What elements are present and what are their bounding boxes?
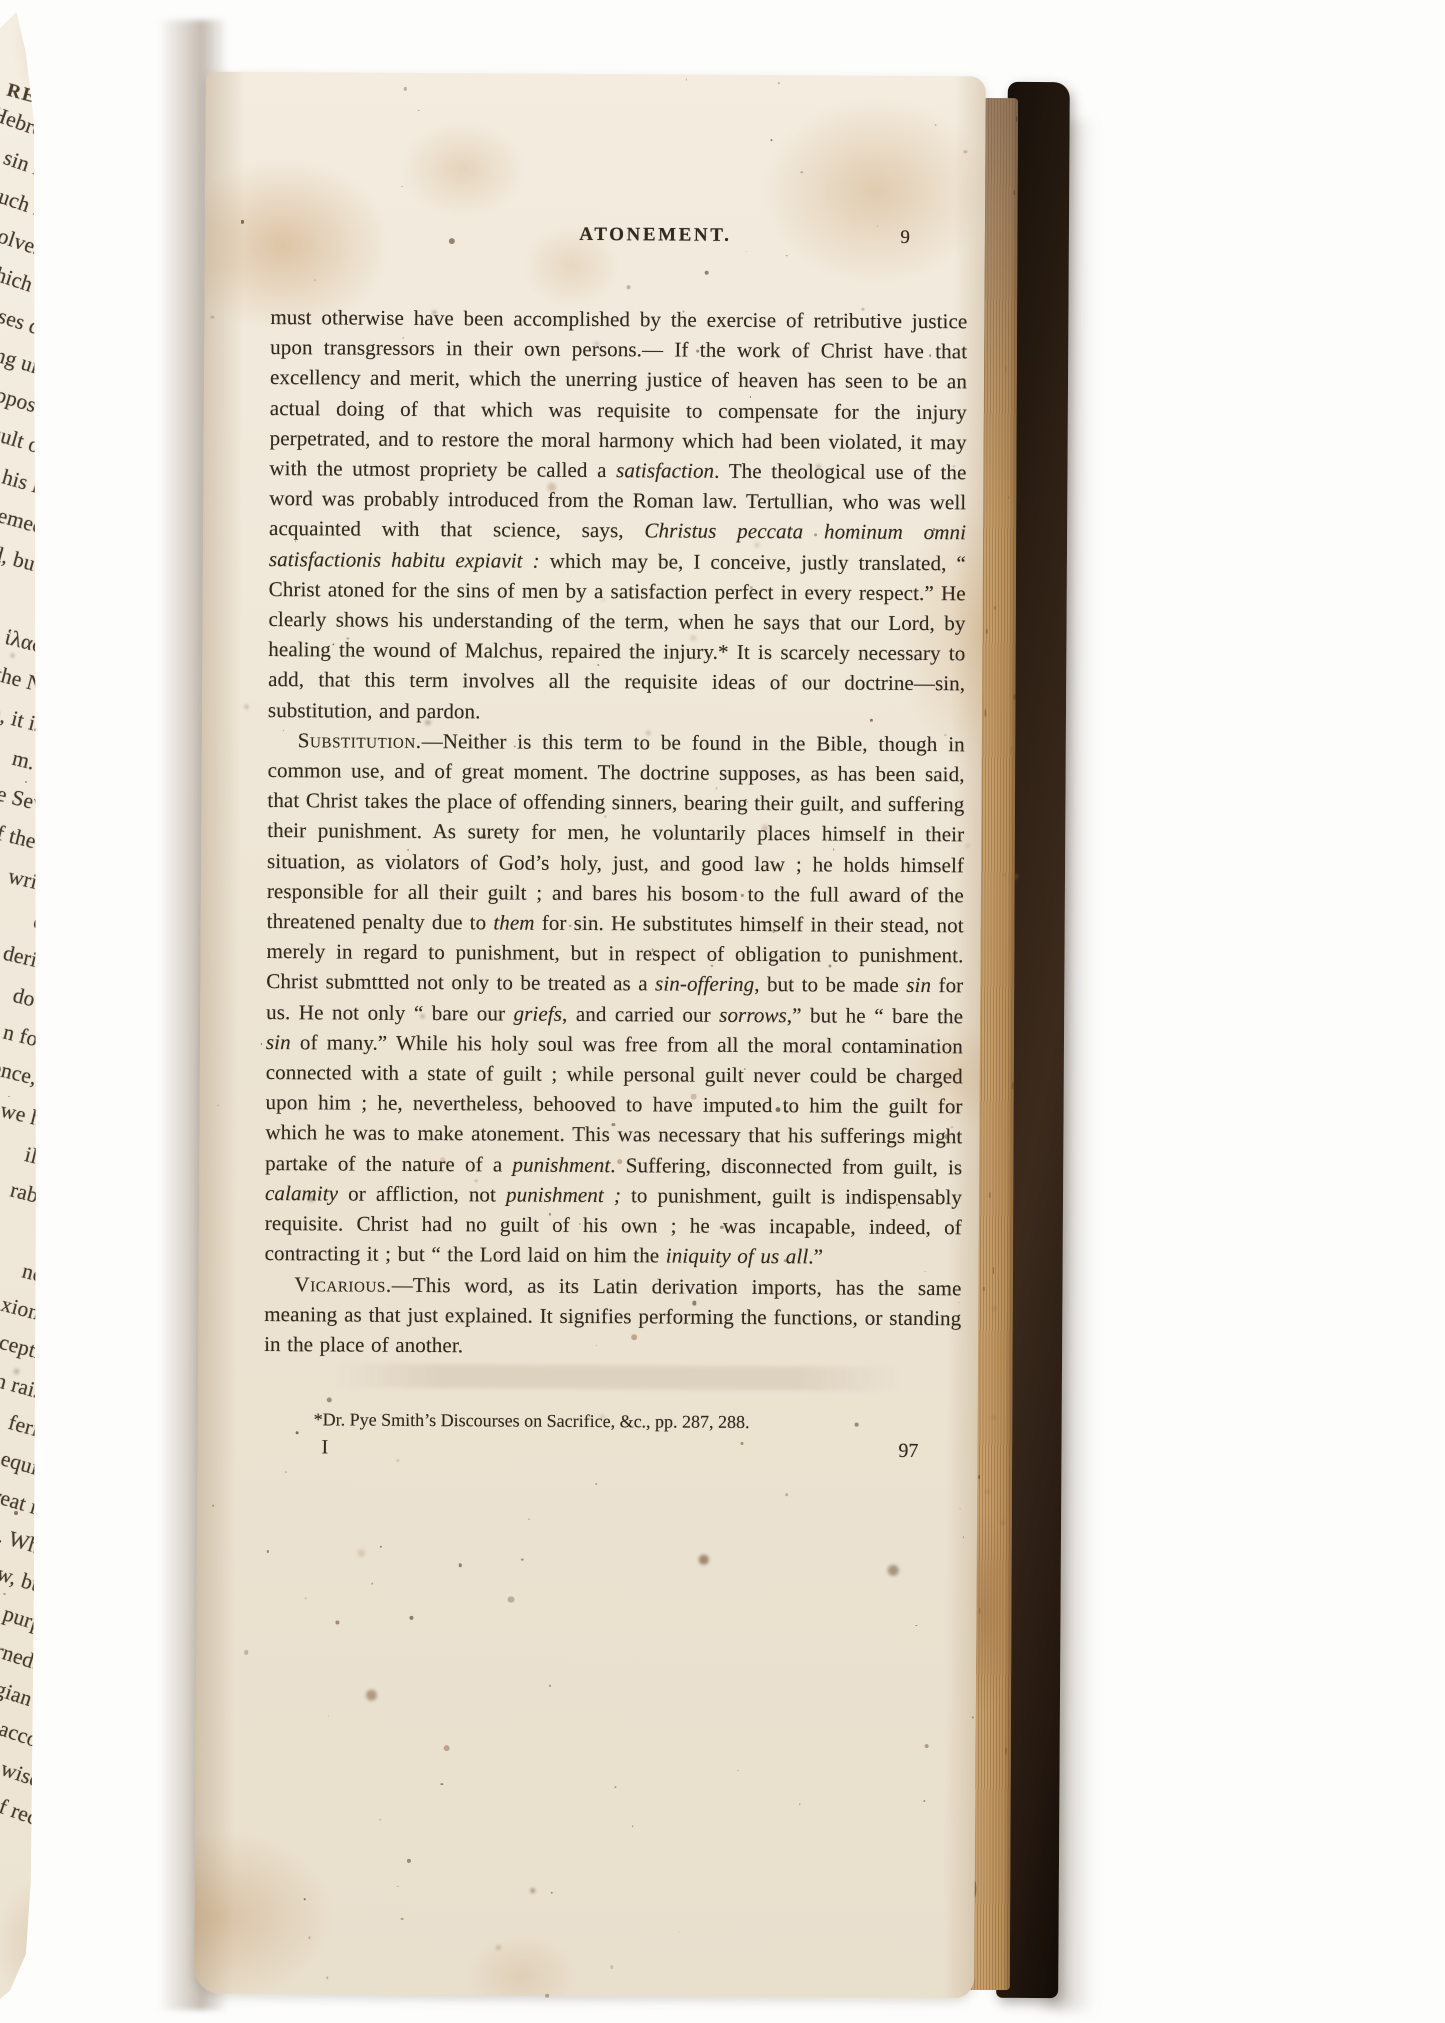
foxing-spot (84, 195, 86, 197)
foxing-spot (1011, 1083, 1014, 1089)
foxing-spot (107, 236, 111, 240)
foxing-spot (97, 1446, 100, 1449)
foxing-spot (994, 606, 995, 610)
foxing-spot (267, 1550, 269, 1552)
foxing-spot (1005, 1747, 1007, 1755)
running-head: ATONEMENT. (579, 224, 731, 246)
foxing-spot (443, 1745, 450, 1752)
foxing-spot (285, 1472, 286, 1473)
foxing-spot (77, 320, 80, 323)
foxing-spot (993, 1267, 995, 1274)
left-page-line: ken away. (52, 1242, 143, 1288)
foxing-spot (410, 1616, 414, 1620)
foxing-spot (441, 1783, 443, 1785)
foxing-spot (404, 87, 407, 90)
foxing-spot (550, 1891, 553, 1894)
foxing-spot (380, 1546, 382, 1548)
foxing-spot (1008, 496, 1009, 499)
foxing-spot (978, 1475, 980, 1479)
foxing-spot (328, 1715, 329, 1716)
foxing-spot (934, 125, 936, 127)
foxing-spot (507, 1596, 514, 1603)
foxing-spot (379, 1818, 381, 1820)
foxing-spot (44, 513, 48, 517)
foxing-spot (11, 654, 14, 657)
foxing-spot (103, 818, 104, 819)
foxing-spot (985, 709, 987, 717)
right-page: ATONEMENT. 9 must otherwise have been ac… (194, 72, 986, 1999)
foxing-spot (1004, 873, 1006, 876)
foxing-spots-layer (206, 72, 986, 77)
left-page-line: n of rectoral holiness, a (0, 1785, 172, 1877)
foxing-spot (963, 1536, 965, 1538)
signature-mark: I (321, 1436, 328, 1459)
foxing-spot (240, 220, 243, 223)
foxing-spot (1016, 116, 1017, 121)
foxing-spot (923, 1800, 925, 1802)
body-text: must otherwise have been accomplished by… (264, 302, 967, 1363)
foxing-spot (50, 1477, 53, 1480)
foxing-spot (44, 4, 47, 7)
foxing-spot (699, 1554, 709, 1564)
foxing-spot (785, 1493, 788, 1496)
foxing-spot (152, 1875, 154, 1877)
foxing-spot (983, 1287, 984, 1291)
foxing-spot (799, 1804, 801, 1806)
foxing-spot (309, 1937, 311, 1939)
foxing-spot (8, 1096, 9, 1097)
book-photo: RE OF he Hebrew and Greek terom sin is f… (0, 0, 1445, 2023)
signature-row: I 97 (263, 1436, 960, 1463)
foxing-spot (366, 1690, 377, 1701)
foxing-spot (51, 1931, 53, 1933)
foxing-spot (113, 219, 114, 220)
foxing-spot (915, 1625, 917, 1627)
foxing-spot (964, 150, 967, 153)
foxing-spot (610, 1965, 613, 1968)
foxing-spot (992, 1416, 995, 1419)
foxing-spot (126, 1530, 128, 1532)
foxing-spot (531, 1889, 535, 1893)
foxing-spot (777, 82, 779, 84)
foxing-spot (141, 1743, 145, 1747)
foxing-spot (685, 79, 687, 81)
foxing-spot (959, 1508, 960, 1509)
foxing-spot (139, 962, 140, 963)
foxing-spot (122, 2008, 123, 2009)
foxing-spot (521, 1558, 524, 1561)
foxing-spot (25, 781, 27, 783)
foxing-spot (614, 1786, 616, 1788)
footnote: *Dr. Pye Smith’s Discourses on Sacrifice… (264, 1409, 961, 1434)
foxing-spot (459, 1564, 462, 1567)
foxing-spot (140, 8, 145, 13)
foxing-spot (1013, 190, 1014, 195)
foxing-spot (418, 110, 420, 112)
foxing-spot (678, 1931, 680, 1933)
foxing-spot (336, 1620, 340, 1624)
page-text-block: ATONEMENT. 9 must otherwise have been ac… (263, 222, 968, 1463)
foxing-spot (528, 1518, 529, 1519)
foxing-spot (261, 1043, 263, 1045)
foxing-spot (966, 844, 969, 847)
foxing-spot (211, 316, 214, 319)
foxing-spot (402, 186, 403, 187)
foxing-spot (737, 1770, 738, 1771)
foxing-spot (986, 629, 988, 634)
foxing-spot (118, 785, 123, 790)
foxing-spot (801, 171, 804, 174)
paragraph: must otherwise have been accomplished by… (268, 302, 968, 729)
foxing-spot (770, 139, 772, 141)
foxing-spot (46, 54, 48, 56)
page-number: 9 (900, 227, 910, 249)
foxing-spot (992, 1307, 996, 1311)
foxing-spot (972, 1716, 974, 1718)
foxing-spot (401, 1918, 404, 1921)
foxing-spot (1013, 694, 1015, 700)
foxing-spot (496, 1945, 501, 1950)
foxing-spot (888, 1565, 899, 1576)
foxing-spot (217, 1104, 218, 1105)
foxing-spot (632, 1825, 634, 1827)
foxing-spot (986, 1490, 989, 1493)
foxing-spot (326, 1976, 328, 1978)
show-through-smudge (334, 1364, 901, 1391)
foxing-spot (56, 110, 58, 112)
foxing-spot (549, 1685, 551, 1687)
signature-number: 97 (898, 1440, 918, 1463)
foxing-spot (1010, 745, 1012, 755)
foxing-spot (3, 1593, 5, 1595)
foxing-spot (244, 1650, 249, 1655)
foxing-spot (213, 1505, 214, 1506)
foxing-spot (304, 1898, 306, 1900)
foxing-spot (989, 1192, 990, 1198)
foxing-spot (371, 1583, 373, 1585)
foxing-spot (242, 2, 244, 4)
foxing-spot (407, 1858, 411, 1862)
foxing-spot (245, 705, 249, 709)
foxing-spot (130, 1841, 133, 1844)
foxing-spot (358, 1550, 365, 1557)
paragraph: Substitution.—Neither is this term to be… (265, 725, 965, 1273)
foxing-spot (305, 1597, 307, 1599)
foxing-spot (925, 1744, 929, 1748)
header-row: ATONEMENT. 9 (271, 222, 968, 254)
foxing-spot (1001, 1521, 1004, 1524)
foxing-spot (1005, 366, 1007, 372)
foxing-spot (979, 1608, 981, 1613)
foxing-spot (595, 1483, 597, 1485)
foxing-spot (93, 1294, 95, 1296)
foxing-spot (107, 1894, 109, 1896)
foxing-spot (397, 1886, 399, 1888)
paragraph: Vicarious.—This word, as its Latin deriv… (264, 1269, 962, 1364)
foxing-spot (51, 1373, 53, 1375)
